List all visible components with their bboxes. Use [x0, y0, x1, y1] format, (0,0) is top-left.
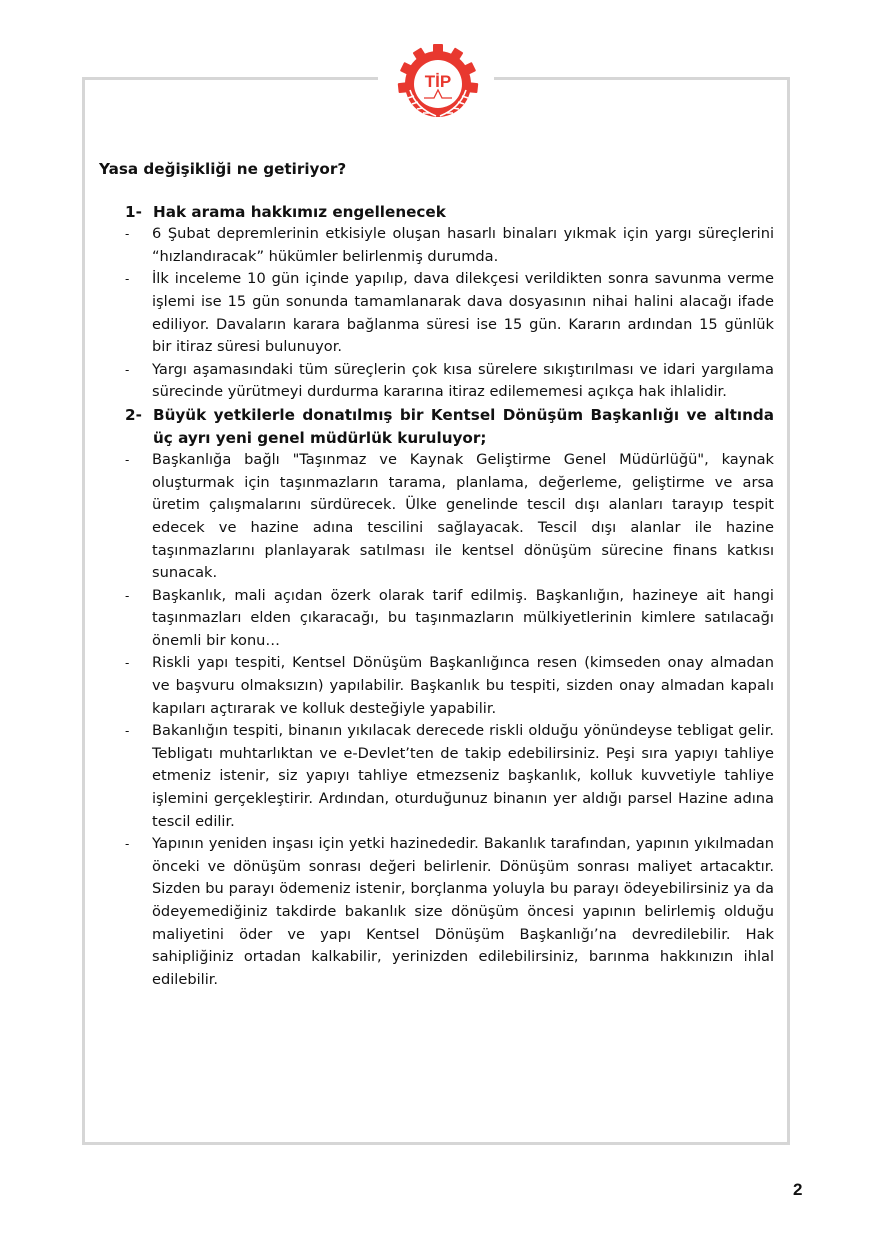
section-heading-text: Büyük yetkilerle donatılmış bir Kentsel … [153, 404, 774, 449]
list-item: -Riskli yapı tespiti, Kentsel Dönüşüm Ba… [125, 652, 774, 720]
svg-text:TİP: TİP [425, 72, 451, 91]
list-item-text: Başkanlığa bağlı "Taşınmaz ve Kaynak Gel… [152, 449, 774, 585]
bullet-marker: - [125, 359, 152, 404]
list-item: -6 Şubat depremlerinin etkisiyle oluşan … [125, 223, 774, 268]
section-heading-text: Hak arama hakkımız engellenecek [153, 201, 774, 224]
bullet-marker: - [125, 223, 152, 268]
section-1: 1- Hak arama hakkımız engellenecek -6 Şu… [99, 201, 774, 404]
list-item-text: Bakanlığın tespiti, binanın yıkılacak de… [152, 720, 774, 833]
list-item: -Bakanlığın tespiti, binanın yıkılacak d… [125, 720, 774, 833]
bullet-marker: - [125, 833, 152, 991]
bullet-marker: - [125, 449, 152, 585]
section-heading: 2- Büyük yetkilerle donatılmış bir Kents… [125, 404, 774, 449]
list-item: -Başkanlık, mali açıdan özerk olarak tar… [125, 585, 774, 653]
section-2: 2- Büyük yetkilerle donatılmış bir Kents… [99, 404, 774, 991]
document-body: Yasa değişikliği ne getiriyor? 1- Hak ar… [99, 158, 774, 991]
bullet-marker: - [125, 268, 152, 358]
bullet-list: -6 Şubat depremlerinin etkisiyle oluşan … [125, 223, 774, 404]
page-title: Yasa değişikliği ne getiriyor? [99, 158, 774, 181]
section-number: 1- [125, 201, 153, 224]
bullet-marker: - [125, 585, 152, 653]
bullet-list: -Başkanlığa bağlı "Taşınmaz ve Kaynak Ge… [125, 449, 774, 991]
bullet-marker: - [125, 720, 152, 833]
page-number: 2 [793, 1180, 802, 1200]
list-item: -Yapının yeniden inşası için yetki hazin… [125, 833, 774, 991]
list-item-text: 6 Şubat depremlerinin etkisiyle oluşan h… [152, 223, 774, 268]
list-item: -İlk inceleme 10 gün içinde yapılıp, dav… [125, 268, 774, 358]
list-item-text: Riskli yapı tespiti, Kentsel Dönüşüm Baş… [152, 652, 774, 720]
list-item-text: Yapının yeniden inşası için yetki hazine… [152, 833, 774, 991]
bullet-marker: - [125, 652, 152, 720]
list-item-text: İlk inceleme 10 gün içinde yapılıp, dava… [152, 268, 774, 358]
list-item: -Başkanlığa bağlı "Taşınmaz ve Kaynak Ge… [125, 449, 774, 585]
section-number: 2- [125, 404, 153, 449]
tip-logo: TİP [396, 42, 480, 126]
section-heading: 1- Hak arama hakkımız engellenecek [125, 201, 774, 224]
list-item: -Yargı aşamasındaki tüm süreçlerin çok k… [125, 359, 774, 404]
list-item-text: Başkanlık, mali açıdan özerk olarak tari… [152, 585, 774, 653]
tip-party-emblem-icon: TİP [396, 42, 480, 126]
list-item-text: Yargı aşamasındaki tüm süreçlerin çok kı… [152, 359, 774, 404]
